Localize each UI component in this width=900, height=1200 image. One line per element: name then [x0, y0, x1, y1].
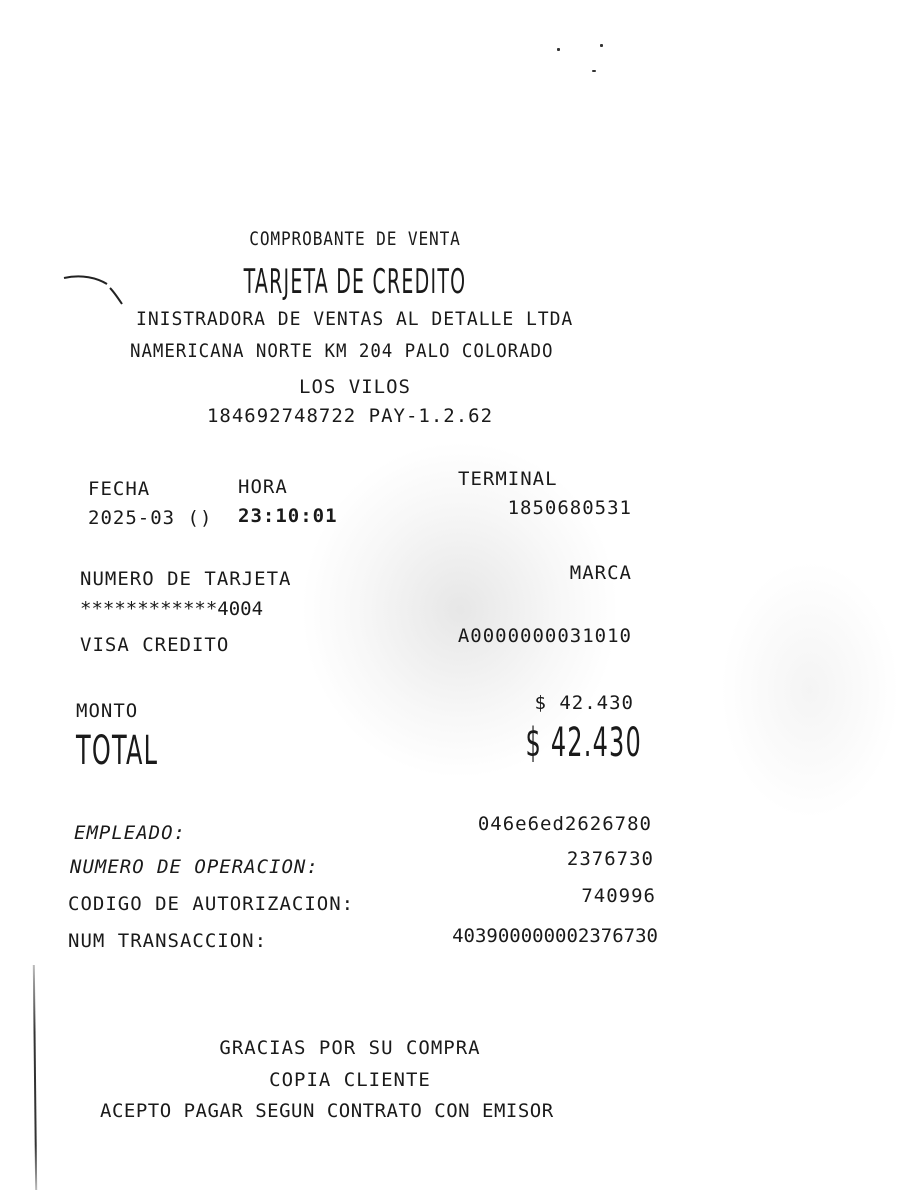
total-value: $ 42.430 [497, 720, 642, 766]
stray-mark [600, 44, 603, 47]
authorization-code-value: 740996 [400, 885, 656, 907]
operation-number-value: 2376730 [400, 848, 654, 870]
merchant-id-version: 184692748722 PAY-1.2.62 [0, 405, 700, 427]
authorization-code-label: CODIGO DE AUTORIZACION: [68, 893, 354, 915]
brand-label: MARCA [420, 562, 632, 584]
time-label: HORA [238, 476, 288, 498]
total-label: TOTAL [76, 728, 158, 774]
merchant-city: LOS VILOS [0, 376, 710, 398]
stray-mark [557, 48, 560, 51]
card-number-value: ************4004 [80, 598, 263, 620]
transaction-number-label: NUM TRANSACCION: [68, 930, 267, 952]
copy-type: COPIA CLIENTE [0, 1069, 700, 1091]
terminal-label: TERMINAL [458, 468, 558, 490]
time-value: 23:10:01 [238, 505, 338, 527]
employee-value: 046e6ed2626780 [400, 813, 652, 835]
thanks-message: GRACIAS POR SU COMPRA [0, 1037, 700, 1059]
pen-stroke-mark [62, 270, 132, 310]
receipt-title: COMPROBANTE DE VENTA [53, 228, 657, 250]
employee-label: EMPLEADO: [74, 822, 186, 844]
stray-mark [592, 70, 596, 72]
terminal-value: 1850680531 [420, 497, 632, 519]
date-value: 2025-03 () [88, 507, 212, 529]
merchant-name: INISTRADORA DE VENTAS AL DETALLE LTDA [136, 308, 573, 330]
amount-label: MONTO [76, 700, 138, 722]
card-type: VISA CREDITO [80, 634, 229, 656]
amount-value: $ 42.430 [420, 692, 634, 714]
transaction-number-value: 403900000002376730 [380, 925, 658, 947]
date-label: FECHA [88, 478, 150, 500]
card-number-label: NUMERO DE TARJETA [80, 568, 291, 590]
agreement-text: ACEPTO PAGAR SEGUN CONTRATO CON EMISOR [100, 1100, 554, 1122]
merchant-address: NAMERICANA NORTE KM 204 PALO COLORADO [130, 340, 553, 362]
print-noise [720, 560, 900, 820]
receipt-subtitle: TARJETA DE CREDITO [135, 262, 575, 302]
card-aid: A0000000031010 [420, 625, 632, 647]
operation-number-label: NUMERO DE OPERACION: [70, 856, 319, 878]
